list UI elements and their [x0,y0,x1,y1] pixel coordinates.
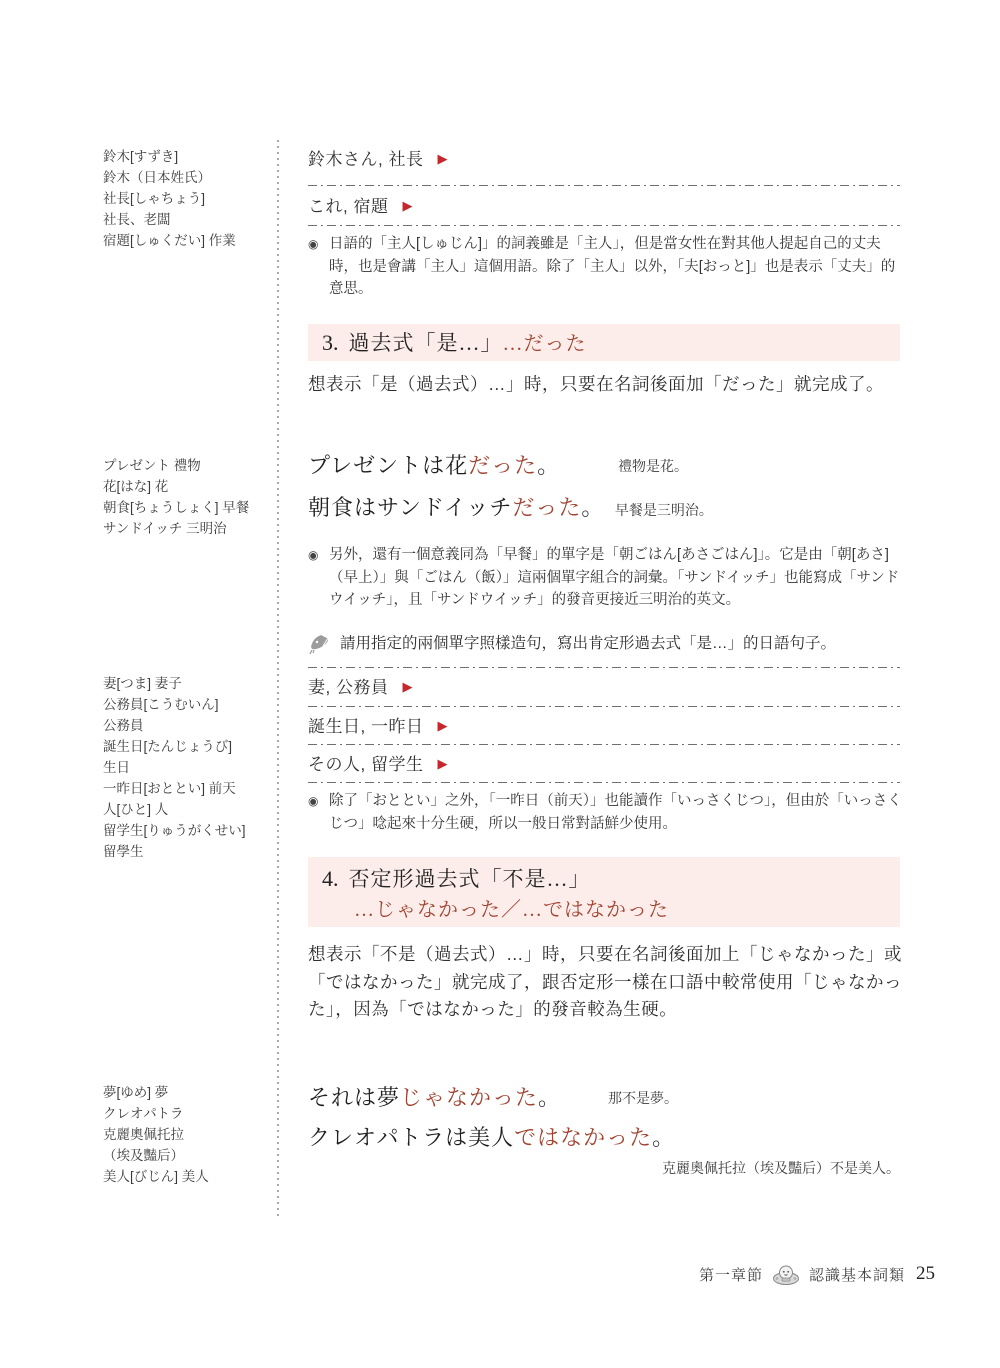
answer-line [308,782,900,783]
answer-line [308,185,900,186]
vocab-line: 留学生[りゅうがくせい] [103,820,283,841]
note-bullet-icon: ◉ [308,544,322,612]
answer-line [308,706,900,707]
answer-arrow-icon: ▶ [437,719,448,732]
section-4-intro: 想表示「不是（過去式）…」時，只要在名詞後面加上「じゃなかった」或「ではなかった… [308,941,908,1024]
section-title-japanese: …じゃなかった／…ではなかった [354,893,900,922]
example-translation: 那不是夢。 [608,1088,678,1108]
section-number: 3. [322,324,339,361]
jp-accent-text: だった [468,453,537,478]
vocab-line: プレゼント 禮物 [103,455,283,476]
vocab-line: クレオパトラ [103,1103,283,1124]
page-footer: 第一章節 認識基本詞類 25 [699,1263,935,1285]
jp-accent-text: じゃなかった [400,1085,538,1110]
vocab-line: 美人[びじん] 美人 [103,1166,283,1187]
vocab-line: 朝食[ちょうしょく] 早餐 [103,497,283,518]
section-3-intro: 想表示「是（過去式）…」時，只要在名詞後面加「だった」就完成了。 [308,371,908,399]
section-title: 否定形過去式「不是…」 [349,867,591,891]
prompt-text: 請用指定的兩個單字照樣造句，寫出肯定形過去式「是…」的日語句子。 [340,632,836,655]
answer-arrow-icon: ▶ [402,680,413,693]
vocab-line: 夢[ゆめ] 夢 [103,1082,283,1103]
writing-hand-icon [308,633,332,655]
vocab-line: 公務員 [103,715,283,736]
footer-section: 認識基本詞類 [809,1264,905,1285]
jp-text: クレオパトラは美人 [308,1125,514,1150]
note-bullet-icon: ◉ [308,233,322,301]
vocab-line: 人[ひと] 人 [103,799,283,820]
example-sentence: それは夢じゃなかった。 那不是夢。 [308,1081,908,1112]
exercise-words: 鈴木さん, 社長 [308,145,423,170]
footer-chapter: 第一章節 [699,1264,763,1285]
example-translation: 克麗奧佩托拉（埃及豔后）不是美人。 [308,1158,900,1178]
answer-line [308,744,900,745]
exercise-row: その人, 留学生 ▶ [308,750,448,775]
section-title-japanese: …だった [503,333,587,355]
vocab-block-1: 鈴木[すずき] 鈴木（日本姓氏） 社長[しゃちょう] 社長、老闆 宿題[しゅくだ… [103,146,283,251]
exercise-prompt: 請用指定的兩個單字照樣造句，寫出肯定形過去式「是…」的日語句子。 [308,632,908,655]
jp-period: 。 [538,1085,561,1110]
jp-text: プレゼントは花 [308,453,468,478]
note-text: 除了「おととい」之外，「一昨日（前天）」也能讀作「いっさくじつ」，但由於「いっさ… [329,790,908,835]
answer-arrow-icon: ▶ [437,152,448,165]
exercise-row: 鈴木さん, 社長 ▶ [308,145,448,170]
exercise-words: 妻, 公務員 [308,673,388,698]
exercise-words: これ, 宿題 [308,192,388,217]
vocab-line: 公務員[こうむいん] [103,694,283,715]
exercise-words: その人, 留学生 [308,750,423,775]
vocab-line: 花[はな] 花 [103,476,283,497]
vocab-line: 宿題[しゅくだい] 作業 [103,230,283,251]
vocab-block-2: プレゼント 禮物 花[はな] 花 朝食[ちょうしょく] 早餐 サンドイッチ 三明… [103,455,283,539]
vocab-line: 鈴木（日本姓氏） [103,167,283,188]
section-title: 過去式「是…」 [349,331,503,355]
exercise-row: 妻, 公務員 ▶ [308,673,413,698]
vocab-line: 鈴木[すずき] [103,146,283,167]
example-sentence: クレオパトラは美人ではなかった。 [308,1121,908,1152]
rice-ball-mascot-icon [772,1264,800,1285]
exercise-row: 誕生日, 一昨日 ▶ [308,712,448,737]
usage-note: ◉ 另外，還有一個意義同為「早餐」的單字是「朝ごはん[あさごはん]」。它是由「朝… [308,544,908,612]
note-text: 日語的「主人[しゅじん]」的詞義雖是「主人」，但是當女性在對其他人提起自己的丈夫… [329,233,908,301]
vocab-block-4: 夢[ゆめ] 夢 クレオパトラ 克麗奧佩托拉 （埃及豔后） 美人[びじん] 美人 [103,1082,283,1187]
example-translation: 早餐是三明治。 [615,502,713,518]
vocab-line: 克麗奧佩托拉 [103,1124,283,1145]
answer-line [308,225,900,226]
page-number: 25 [916,1263,935,1285]
example-translation: 禮物是花。 [618,456,688,476]
vocab-line: 社長、老闆 [103,209,283,230]
answer-arrow-icon: ▶ [402,199,413,212]
jp-accent-text: ではなかった [514,1125,652,1150]
section-3-header: 3.過去式「是…」…だった [308,324,900,361]
jp-period: 。 [537,453,560,478]
vocab-line: 妻[つま] 妻子 [103,673,283,694]
vocab-line: 留學生 [103,841,283,862]
vocab-line: 生日 [103,757,283,778]
vocab-line: 社長[しゃちょう] [103,188,283,209]
example-sentence: プレゼントは花だった。 禮物是花。 [308,449,908,480]
jp-text: それは夢 [308,1085,400,1110]
usage-note: ◉ 日語的「主人[しゅじん]」的詞義雖是「主人」，但是當女性在對其他人提起自己的… [308,233,908,301]
vocab-block-3: 妻[つま] 妻子 公務員[こうむいん] 公務員 誕生日[たんじょうび] 生日 一… [103,673,283,862]
vocab-line: （埃及豔后） [103,1145,283,1166]
textbook-page: 鈴木[すずき] 鈴木（日本姓氏） 社長[しゃちょう] 社長、老闆 宿題[しゅくだ… [0,0,1000,1368]
example-sentence: 朝食はサンドイッチだった。 早餐是三明治。 [308,491,908,522]
vocab-line: サンドイッチ 三明治 [103,518,283,539]
jp-text: 朝食はサンドイッチ [308,495,512,520]
answer-arrow-icon: ▶ [437,757,448,770]
vocab-line: 誕生日[たんじょうび] [103,736,283,757]
exercise-words: 誕生日, 一昨日 [308,712,423,737]
jp-period: 。 [652,1125,675,1150]
column-divider [277,140,279,1218]
note-text: 另外，還有一個意義同為「早餐」的單字是「朝ごはん[あさごはん]」。它是由「朝[あ… [329,544,908,612]
section-4-header: 4.否定形過去式「不是…」 …じゃなかった／…ではなかった [308,857,900,927]
answer-line [308,667,900,668]
jp-period: 。 [581,495,604,520]
note-bullet-icon: ◉ [308,790,322,835]
section-number: 4. [322,866,339,892]
vocab-line: 一昨日[おととい] 前天 [103,778,283,799]
jp-accent-text: だった [512,495,581,520]
exercise-row: これ, 宿題 ▶ [308,192,413,217]
usage-note: ◉ 除了「おととい」之外，「一昨日（前天）」也能讀作「いっさくじつ」，但由於「い… [308,790,908,835]
